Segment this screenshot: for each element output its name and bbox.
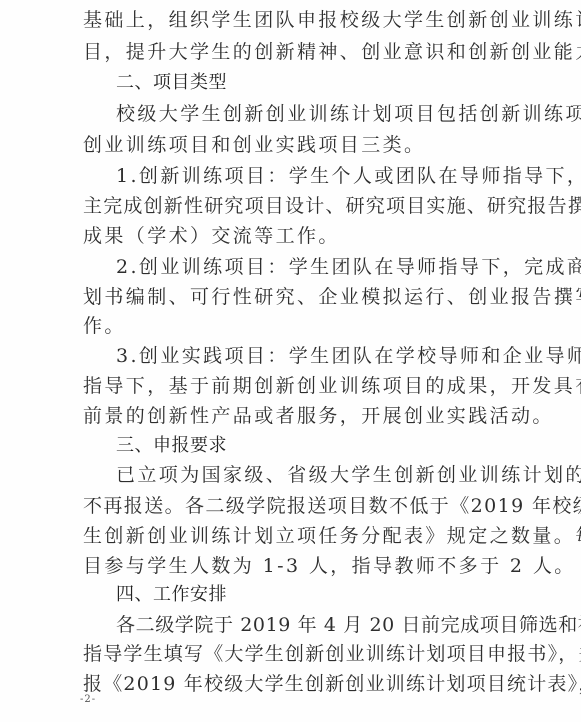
section-heading-project-types: 二、项目类型 — [116, 71, 536, 95]
paragraph-line: 1.创新训练项目：学生个人或团队在导师指导下，自 — [116, 164, 536, 188]
paragraph-line: 目，提升大学生的创新精神、创业意识和创新创业能力。 — [83, 40, 503, 64]
document-page: 基础上，组织学生团队申报校级大学生创新创业训练计划项 目，提升大学生的创新精神、… — [0, 0, 581, 722]
paragraph-line: 目参与学生人数为 1-3 人，指导教师不多于 2 人。 — [83, 554, 503, 578]
paragraph-line: 校级大学生创新创业训练计划项目包括创新训练项目、 — [116, 102, 536, 126]
paragraph-line: 已立项为国家级、省级大学生创新创业训练计划的项目 — [116, 463, 536, 487]
page-number: -2- — [80, 694, 96, 705]
paragraph-line: 报《2019 年校级大学生创新创业训练计划项目统计表》，加 — [83, 672, 503, 696]
paragraph-line: 前景的创新性产品或者服务，开展创业实践活动。 — [83, 404, 503, 428]
paragraph-line: 基础上，组织学生团队申报校级大学生创新创业训练计划项 — [83, 8, 503, 32]
paragraph-line: 成果（学术）交流等工作。 — [83, 224, 503, 248]
paragraph-line: 不再报送。各二级学院报送项目数不低于《2019 年校级大学 — [83, 494, 503, 518]
paragraph-line: 2.创业训练项目：学生团队在导师指导下，完成商业计 — [116, 255, 536, 279]
paragraph-line: 3.创业实践项目：学生团队在学校导师和企业导师共同 — [116, 344, 536, 368]
paragraph-line: 作。 — [83, 314, 503, 338]
paragraph-line: 各二级学院于 2019 年 4 月 20 日前完成项目筛选和初审， — [116, 613, 536, 637]
section-heading-requirements: 三、申报要求 — [116, 434, 536, 458]
paragraph-line: 创业训练项目和创业实践项目三类。 — [83, 133, 503, 157]
section-heading-work-arrangement: 四、工作安排 — [116, 583, 536, 607]
paragraph-line: 指导下，基于前期创新创业训练项目的成果，开发具有市场 — [83, 374, 503, 398]
paragraph-line: 划书编制、可行性研究、企业模拟运行、创业报告撰写等工 — [83, 285, 503, 309]
paragraph-line: 主完成创新性研究项目设计、研究项目实施、研究报告撰写、 — [83, 194, 503, 218]
paragraph-line: 生创新创业训练计划立项任务分配表》规定之数量。每队项 — [83, 524, 503, 548]
paragraph-line: 指导学生填写《大学生创新创业训练计划项目申报书》，并填 — [83, 642, 503, 666]
